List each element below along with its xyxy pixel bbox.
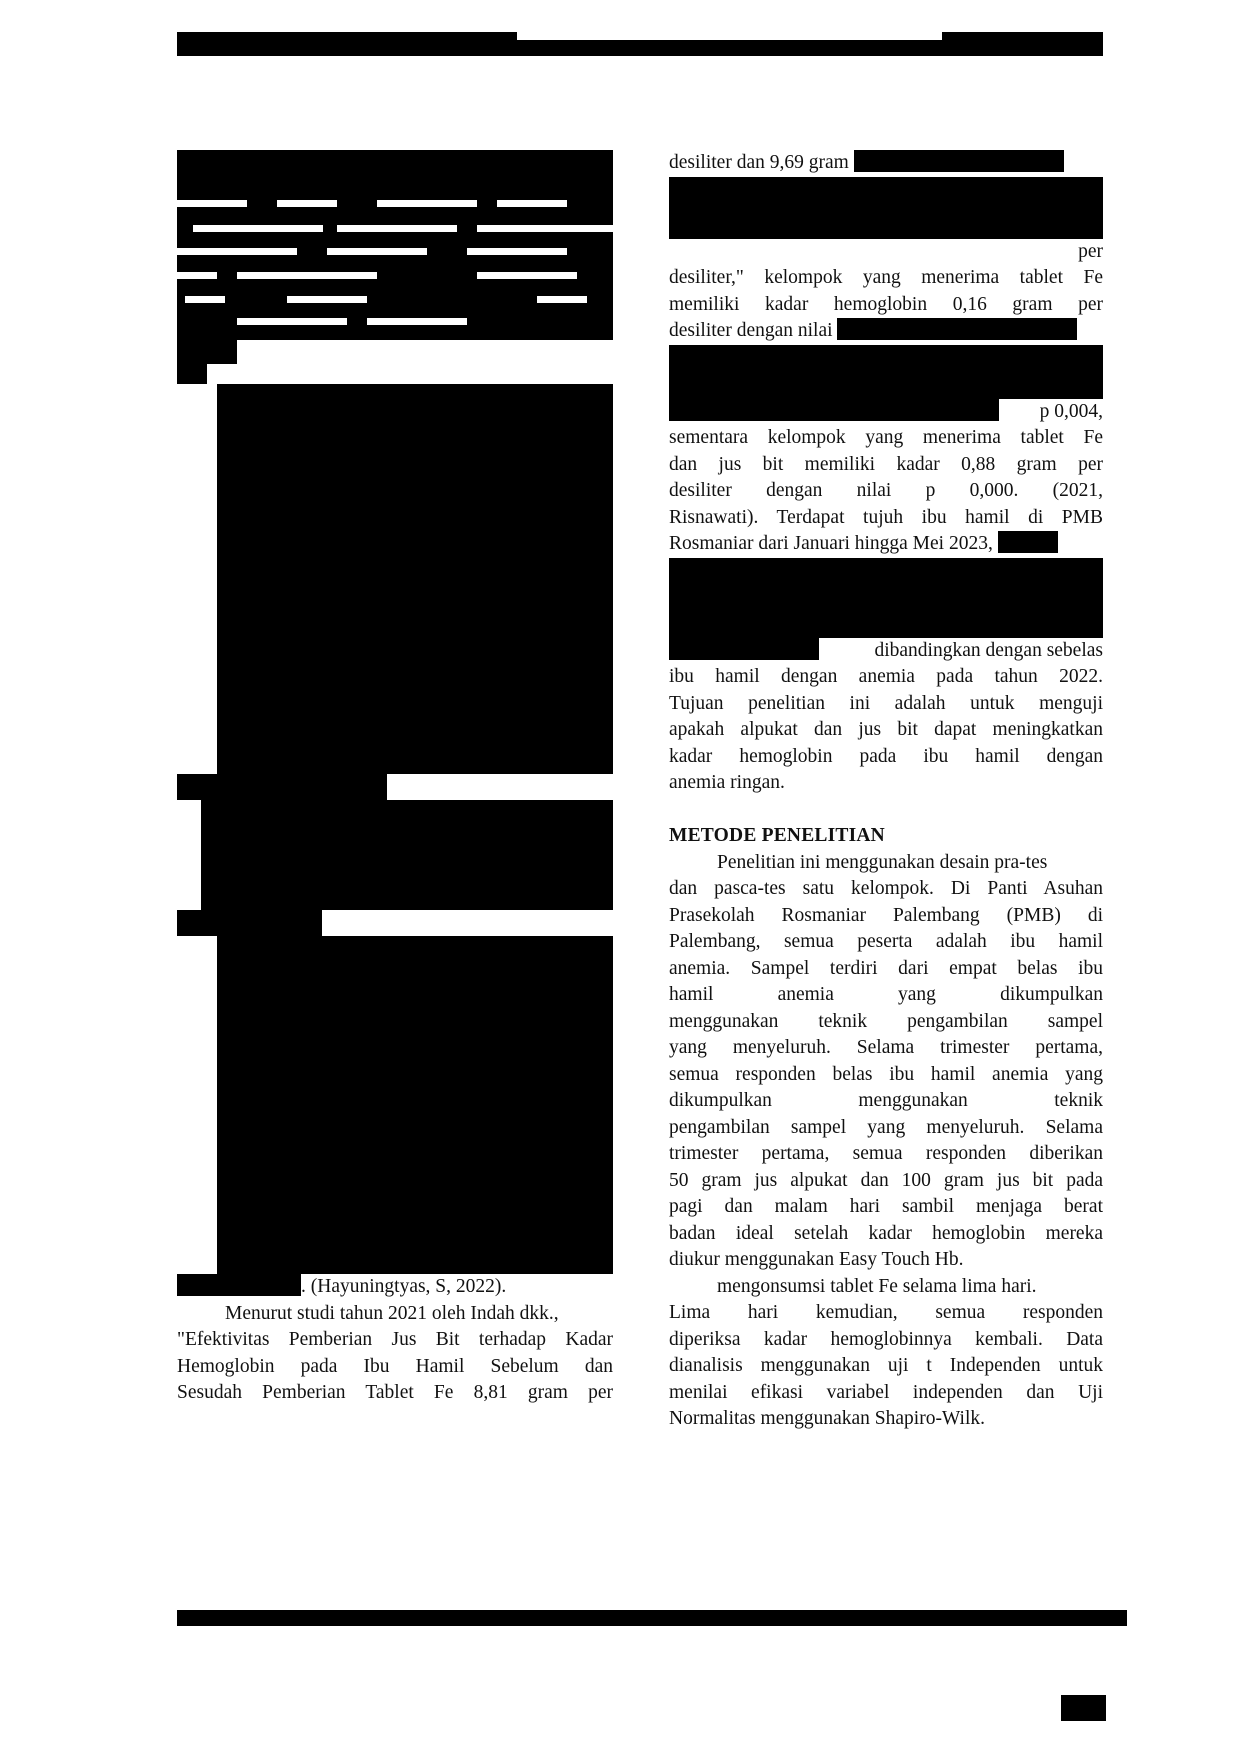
paragraph-line: sementara kelompok yang menerima tablet … [669, 425, 1103, 452]
redacted-inline [177, 1274, 301, 1296]
redacted-block [669, 558, 1103, 638]
redacted-block [669, 345, 1103, 399]
paragraph-line: desiliter dengan nilai [669, 318, 1103, 345]
paragraph-line: menilai efikasi variabel independen dan … [669, 1380, 1103, 1407]
paragraph-line: Tujuan penelitian ini adalah untuk mengu… [669, 691, 1103, 718]
paragraph-line: 50 gram jus alpukat dan 100 gram jus bit… [669, 1168, 1103, 1195]
paragraph-line: trimester pertama, semua responden diber… [669, 1141, 1103, 1168]
paragraph-line: desiliter dengan nilai p 0,000. (2021, [669, 478, 1103, 505]
paragraph-line: Rosmaniar dari Januari hingga Mei 2023, [669, 531, 1103, 558]
paragraph-line: semua responden belas ibu hamil anemia y… [669, 1062, 1103, 1089]
redacted-block-3 [177, 774, 387, 800]
redacted-block [669, 177, 1103, 239]
line-text: p 0,004, [1040, 401, 1103, 422]
paragraph-line: Hemoglobin pada Ibu Hamil Sebelum dan [177, 1354, 613, 1381]
paragraph-line: per [669, 239, 1103, 266]
paragraph-line: badan ideal setelah kadar hemoglobin mer… [669, 1221, 1103, 1248]
header-redaction-right [942, 32, 1103, 56]
redacted-inline [669, 399, 999, 421]
paragraph-line: pagi dan malam hari sambil menjaga berat [669, 1194, 1103, 1221]
paragraph-line: apakah alpukat dan jus bit dapat meningk… [669, 717, 1103, 744]
redacted-inline [854, 150, 1064, 172]
paragraph-line: p 0,004, [669, 399, 1103, 426]
paragraph-line: kadar hemoglobin pada ibu hamil dengan [669, 744, 1103, 771]
paragraph-line: ibu hamil dengan anemia pada tahun 2022. [669, 664, 1103, 691]
paragraph-line: anemia. Sampel terdiri dari empat belas … [669, 956, 1103, 983]
paragraph-line: dibandingkan dengan sebelas [669, 638, 1103, 665]
redacted-block-6 [217, 936, 613, 1274]
paragraph-line: diukur menggunakan Easy Touch Hb. [669, 1247, 1103, 1274]
line-text: Rosmaniar dari Januari hingga Mei 2023, [669, 533, 993, 554]
paragraph-line: Normalitas menggunakan Shapiro-Wilk. [669, 1406, 1103, 1433]
paragraph-line: menggunakan teknik pengambilan sampel [669, 1009, 1103, 1036]
paragraph-line: dan pasca-tes satu kelompok. Di Panti As… [669, 876, 1103, 903]
paragraph-line: Sesudah Pemberian Tablet Fe 8,81 gram pe… [177, 1380, 613, 1407]
redacted-inline [669, 638, 819, 660]
paragraph-line: dikumpulkan menggunakan teknik [669, 1088, 1103, 1115]
redacted-block-2 [217, 384, 613, 774]
right-column: desiliter dan 9,69 gram per desiliter," … [669, 150, 1103, 1433]
paragraph-line: memiliki kadar hemoglobin 0,16 gram per [669, 292, 1103, 319]
paragraph-line: hamil anemia yang dikumpulkan [669, 982, 1103, 1009]
redacted-inline [998, 531, 1058, 553]
paragraph-line: mengonsumsi tablet Fe selama lima hari. [669, 1274, 1103, 1301]
paragraph-line: "Efektivitas Pemberian Jus Bit terhadap … [177, 1327, 613, 1354]
line-text: dibandingkan dengan sebelas [874, 640, 1103, 661]
line-text: per [1078, 241, 1103, 262]
header-redaction-middle [517, 40, 942, 56]
redacted-block-5 [177, 910, 322, 936]
citation-line: . (Hayuningtyas, S, 2022). [177, 1274, 613, 1301]
paragraph-line: Palembang, semua peserta adalah ibu hami… [669, 929, 1103, 956]
paragraph-line: anemia ringan. [669, 770, 1103, 797]
paragraph-line: desiliter dan 9,69 gram [669, 150, 1103, 177]
citation-text: . (Hayuningtyas, S, 2022). [301, 1276, 506, 1297]
paragraph-line: desiliter," kelompok yang menerima table… [669, 265, 1103, 292]
paragraph-line: Lima hari kemudian, semua responden [669, 1300, 1103, 1327]
header-redaction-left [177, 32, 517, 56]
page-number-redaction [1061, 1695, 1106, 1721]
paragraph-line: pengambilan sampel yang menyeluruh. Sela… [669, 1115, 1103, 1142]
paragraph-line: Risnawati). Terdapat tujuh ibu hamil di … [669, 505, 1103, 532]
line-text: desiliter dan 9,69 gram [669, 152, 849, 173]
paragraph-line: dan jus bit memiliki kadar 0,88 gram per [669, 452, 1103, 479]
paragraph-line: dianalisis menggunakan uji t Independen … [669, 1353, 1103, 1380]
redacted-stub [177, 364, 207, 384]
paragraph-line: Menurut studi tahun 2021 oleh Indah dkk.… [177, 1301, 613, 1328]
section-heading: METODE PENELITIAN [669, 823, 1103, 850]
paragraph-line: diperiksa kadar hemoglobinnya kembali. D… [669, 1327, 1103, 1354]
left-column: . (Hayuningtyas, S, 2022). Menurut studi… [177, 150, 613, 1407]
footer-redaction [177, 1610, 1127, 1626]
paragraph-line: yang menyeluruh. Selama trimester pertam… [669, 1035, 1103, 1062]
redacted-block-1 [177, 150, 613, 364]
redacted-inline [837, 318, 1077, 340]
line-text: desiliter dengan nilai [669, 320, 833, 341]
paragraph-line: Penelitian ini menggunakan desain pra-te… [669, 850, 1103, 877]
paragraph-line: Prasekolah Rosmaniar Palembang (PMB) di [669, 903, 1103, 930]
redacted-block-4 [201, 800, 613, 910]
